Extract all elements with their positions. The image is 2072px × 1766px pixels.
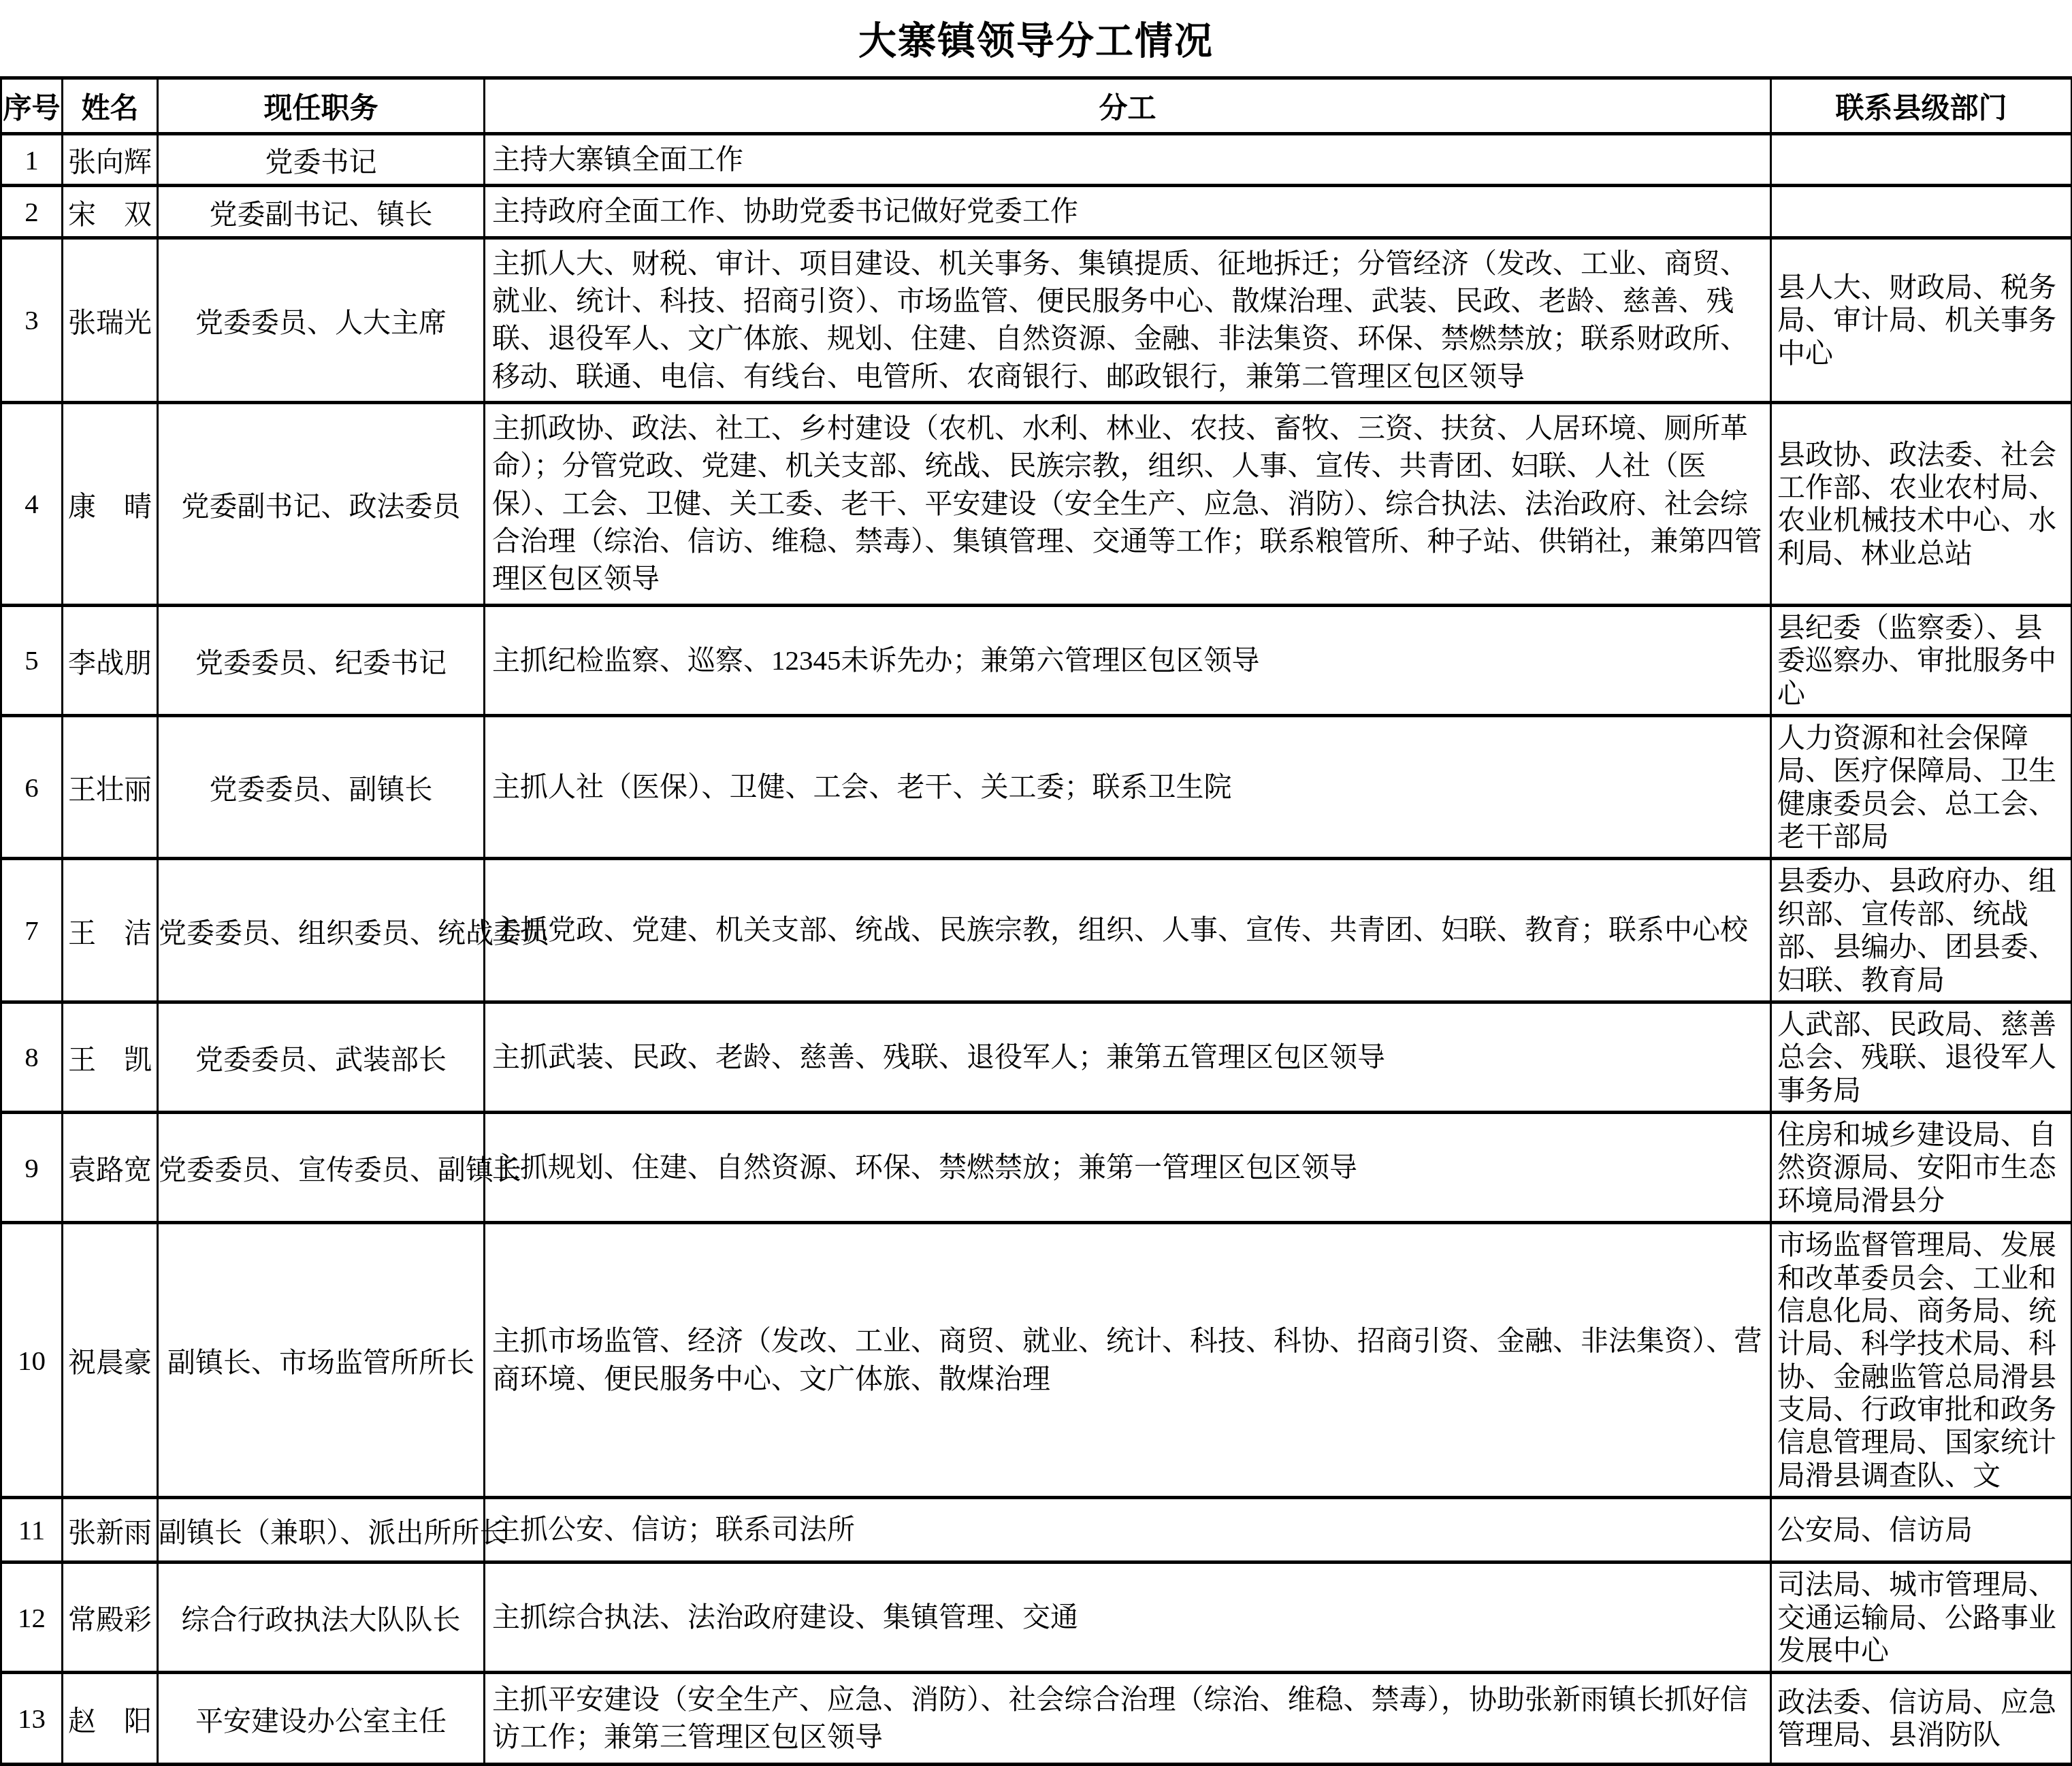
document-title: 大寨镇领导分工情况 — [0, 0, 2072, 76]
cell-serial: 4 — [1, 403, 63, 606]
cell-name: 康 晴 — [63, 403, 158, 606]
cell-serial: 8 — [1, 1002, 63, 1112]
cell-dept: 住房和城乡建设局、自然资源局、安阳市生态环境局滑县分 — [1771, 1113, 2072, 1223]
cell-dept — [1771, 134, 2072, 186]
cell-name: 张向辉 — [63, 134, 158, 186]
header-dept: 联系县级部门 — [1771, 78, 2072, 134]
cell-serial: 5 — [1, 605, 63, 715]
cell-serial: 11 — [1, 1498, 63, 1563]
cell-position: 党委委员、人大主席 — [158, 238, 485, 402]
table-row: 11 张新雨 副镇长（兼职）、派出所所长 主抓公安、信访；联系司法所 公安局、信… — [1, 1498, 2072, 1563]
cell-position: 党委委员、武装部长 — [158, 1002, 485, 1112]
cell-name: 常殿彩 — [63, 1563, 158, 1673]
cell-dept: 司法局、城市管理局、交通运输局、公路事业发展中心 — [1771, 1563, 2072, 1673]
header-duty: 分工 — [485, 78, 1771, 134]
cell-name: 张新雨 — [63, 1498, 158, 1563]
cell-position: 党委委员、副镇长 — [158, 715, 485, 859]
cell-position: 党委副书记、政法委员 — [158, 403, 485, 606]
header-row: 序号 姓名 现任职务 分工 联系县级部门 — [1, 78, 2072, 134]
cell-position: 副镇长（兼职）、派出所所长 — [158, 1498, 485, 1563]
cell-duty: 主抓公安、信访；联系司法所 — [485, 1498, 1771, 1563]
header-name: 姓名 — [63, 78, 158, 134]
cell-name: 祝晨豪 — [63, 1223, 158, 1498]
table-row: 8 王 凯 党委委员、武装部长 主抓武装、民政、老龄、慈善、残联、退役军人；兼第… — [1, 1002, 2072, 1112]
cell-duty: 主抓武装、民政、老龄、慈善、残联、退役军人；兼第五管理区包区领导 — [485, 1002, 1771, 1112]
table-row: 10 祝晨豪 副镇长、市场监管所所长 主抓市场监管、经济（发改、工业、商贸、就业… — [1, 1223, 2072, 1498]
table-row: 7 王 洁 党委委员、组织委员、统战委员 主抓党政、党建、机关支部、统战、民族宗… — [1, 859, 2072, 1002]
cell-dept — [1771, 186, 2072, 238]
cell-position: 党委委员、组织委员、统战委员 — [158, 859, 485, 1002]
cell-name: 张瑞光 — [63, 238, 158, 402]
cell-serial: 1 — [1, 134, 63, 186]
cell-duty: 主抓市场监管、经济（发改、工业、商贸、就业、统计、科技、科协、招商引资、金融、非… — [485, 1223, 1771, 1498]
cell-duty: 主抓纪检监察、巡察、12345未诉先办；兼第六管理区包区领导 — [485, 605, 1771, 715]
cell-dept: 人武部、民政局、慈善总会、残联、退役军人事务局 — [1771, 1002, 2072, 1112]
table-row: 2 宋 双 党委副书记、镇长 主持政府全面工作、协助党委书记做好党委工作 — [1, 186, 2072, 238]
table-row: 5 李战朋 党委委员、纪委书记 主抓纪检监察、巡察、12345未诉先办；兼第六管… — [1, 605, 2072, 715]
cell-serial: 10 — [1, 1223, 63, 1498]
cell-position: 综合行政执法大队队长 — [158, 1563, 485, 1673]
document-page: 大寨镇领导分工情况 序号 姓名 现任职务 分工 联系县级部门 1 张向辉 党委书… — [0, 0, 2072, 1766]
cell-duty: 主抓规划、住建、自然资源、环保、禁燃禁放；兼第一管理区包区领导 — [485, 1113, 1771, 1223]
cell-dept: 县政协、政法委、社会工作部、农业农村局、农业机械技术中心、水利局、林业总站 — [1771, 403, 2072, 606]
header-position: 现任职务 — [158, 78, 485, 134]
cell-duty: 主抓综合执法、法治政府建设、集镇管理、交通 — [485, 1563, 1771, 1673]
table-row: 4 康 晴 党委副书记、政法委员 主抓政协、政法、社工、乡村建设（农机、水利、林… — [1, 403, 2072, 606]
cell-dept: 市场监督管理局、发展和改革委员会、工业和信息化局、商务局、统计局、科学技术局、科… — [1771, 1223, 2072, 1498]
cell-dept: 公安局、信访局 — [1771, 1498, 2072, 1563]
cell-position: 副镇长、市场监管所所长 — [158, 1223, 485, 1498]
cell-duty: 主抓政协、政法、社工、乡村建设（农机、水利、林业、农技、畜牧、三资、扶贫、人居环… — [485, 403, 1771, 606]
cell-serial: 12 — [1, 1563, 63, 1673]
cell-duty: 主抓人社（医保）、卫健、工会、老干、关工委；联系卫生院 — [485, 715, 1771, 859]
cell-duty: 主抓平安建设（安全生产、应急、消防）、社会综合治理（综治、维稳、禁毒），协助张新… — [485, 1673, 1771, 1765]
table-row: 9 袁路宽 党委委员、宣传委员、副镇长 主抓规划、住建、自然资源、环保、禁燃禁放… — [1, 1113, 2072, 1223]
cell-name: 宋 双 — [63, 186, 158, 238]
cell-position: 党委副书记、镇长 — [158, 186, 485, 238]
table-row: 3 张瑞光 党委委员、人大主席 主抓人大、财税、审计、项目建设、机关事务、集镇提… — [1, 238, 2072, 402]
cell-dept: 县纪委（监察委）、县委巡察办、审批服务中心 — [1771, 605, 2072, 715]
header-serial: 序号 — [1, 78, 63, 134]
cell-serial: 13 — [1, 1673, 63, 1765]
cell-name: 王 凯 — [63, 1002, 158, 1112]
cell-position: 党委委员、纪委书记 — [158, 605, 485, 715]
cell-duty: 主抓人大、财税、审计、项目建设、机关事务、集镇提质、征地拆迁；分管经济（发改、工… — [485, 238, 1771, 402]
cell-name: 赵 阳 — [63, 1673, 158, 1765]
cell-dept: 人力资源和社会保障局、医疗保障局、卫生健康委员会、总工会、老干部局 — [1771, 715, 2072, 859]
cell-serial: 2 — [1, 186, 63, 238]
cell-serial: 7 — [1, 859, 63, 1002]
table-row: 1 张向辉 党委书记 主持大寨镇全面工作 — [1, 134, 2072, 186]
cell-name: 王 洁 — [63, 859, 158, 1002]
cell-serial: 9 — [1, 1113, 63, 1223]
table-row: 13 赵 阳 平安建设办公室主任 主抓平安建设（安全生产、应急、消防）、社会综合… — [1, 1673, 2072, 1765]
cell-dept: 政法委、信访局、应急管理局、县消防队 — [1771, 1673, 2072, 1765]
cell-duty: 主抓党政、党建、机关支部、统战、民族宗教，组织、人事、宣传、共青团、妇联、教育；… — [485, 859, 1771, 1002]
table-row: 12 常殿彩 综合行政执法大队队长 主抓综合执法、法治政府建设、集镇管理、交通 … — [1, 1563, 2072, 1673]
cell-position: 平安建设办公室主任 — [158, 1673, 485, 1765]
cell-serial: 6 — [1, 715, 63, 859]
table-row: 6 王壮丽 党委委员、副镇长 主抓人社（医保）、卫健、工会、老干、关工委；联系卫… — [1, 715, 2072, 859]
leadership-table: 序号 姓名 现任职务 分工 联系县级部门 1 张向辉 党委书记 主持大寨镇全面工… — [0, 76, 2072, 1766]
cell-name: 王壮丽 — [63, 715, 158, 859]
cell-position: 党委委员、宣传委员、副镇长 — [158, 1113, 485, 1223]
cell-dept: 县人大、财政局、税务局、审计局、机关事务中心 — [1771, 238, 2072, 402]
cell-name: 李战朋 — [63, 605, 158, 715]
cell-serial: 3 — [1, 238, 63, 402]
cell-name: 袁路宽 — [63, 1113, 158, 1223]
cell-position: 党委书记 — [158, 134, 485, 186]
cell-duty: 主持大寨镇全面工作 — [485, 134, 1771, 186]
cell-duty: 主持政府全面工作、协助党委书记做好党委工作 — [485, 186, 1771, 238]
cell-dept: 县委办、县政府办、组织部、宣传部、统战部、县编办、团县委、妇联、教育局 — [1771, 859, 2072, 1002]
